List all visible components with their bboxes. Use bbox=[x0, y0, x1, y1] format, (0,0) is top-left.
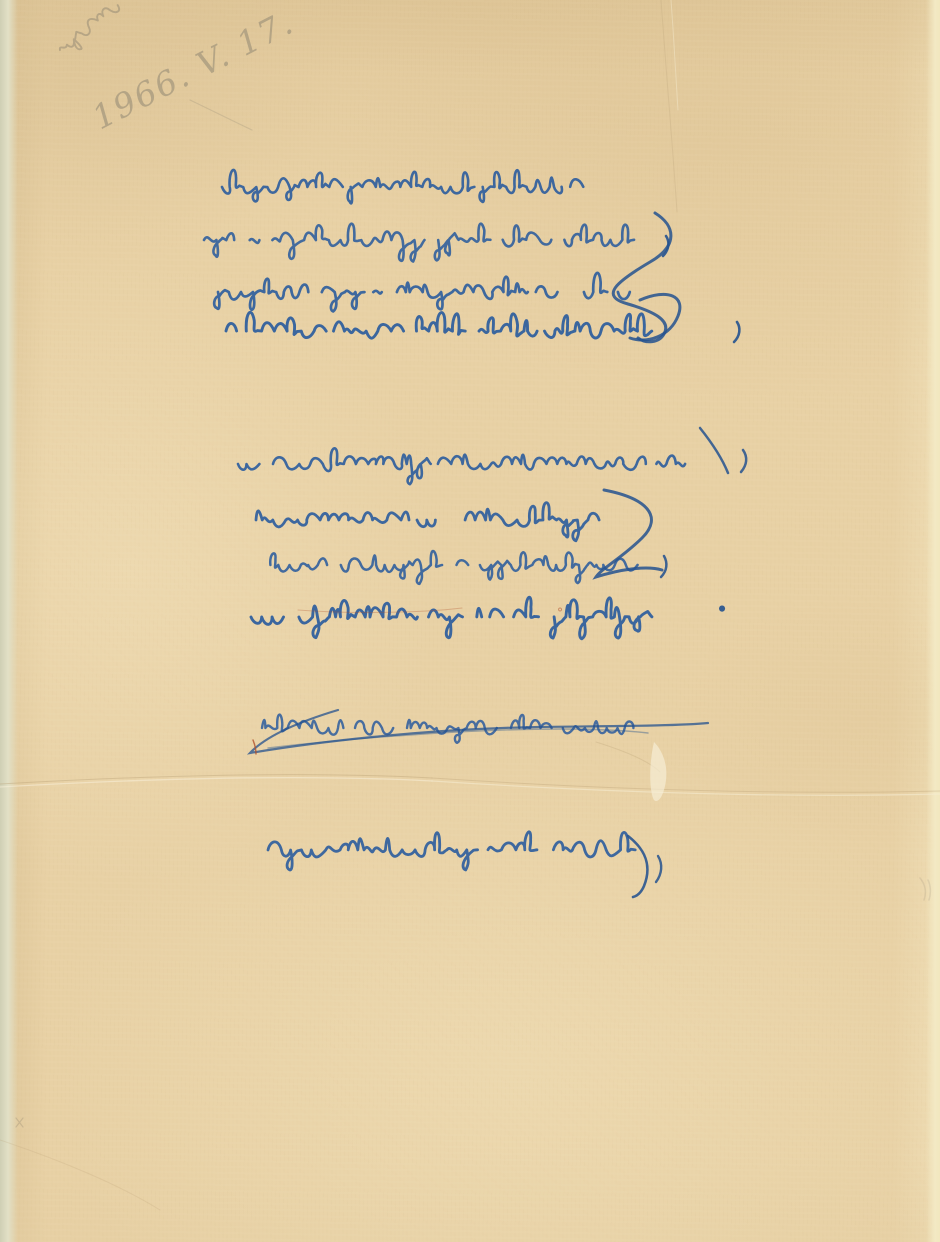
ink-mark-slash-s2l1 bbox=[700, 428, 728, 473]
paper-speck-group bbox=[16, 608, 930, 1127]
handwriting-stanza1-line1 bbox=[222, 170, 583, 203]
ink-mark-comma-s1l4 bbox=[734, 322, 739, 342]
handwriting-stanza2-line1 bbox=[238, 448, 685, 484]
crease-fold-right-light bbox=[432, 781, 940, 795]
crease-fold-left-light bbox=[0, 778, 432, 787]
speck-red-dot bbox=[559, 608, 562, 611]
ink-flourish-group bbox=[250, 213, 746, 897]
crease-crease-bottom-left bbox=[0, 1140, 160, 1210]
crease-crease-vertical-top bbox=[661, 0, 677, 212]
ink-mark-swoosh-final bbox=[628, 836, 647, 897]
ink-mark-period-s2l4 bbox=[719, 606, 724, 611]
handwriting-stanza2-line4 bbox=[251, 597, 652, 639]
ink-mark-comma-s2l3 bbox=[661, 556, 666, 577]
handwriting-stanza1-line3 bbox=[214, 273, 630, 312]
speck-pencil-x-mark bbox=[16, 1118, 23, 1127]
crease-crease-vertical-top-light bbox=[671, 0, 678, 110]
handwriting-group bbox=[56, 0, 685, 870]
handwriting-stanza1-line4 bbox=[226, 312, 652, 338]
handwriting-stanza1-line2 bbox=[204, 224, 634, 262]
manuscript-page: 1966. V. 17. bbox=[0, 0, 940, 1242]
crease-pencil-diag-under-date bbox=[190, 100, 252, 130]
crease-fold-left-shadow bbox=[0, 775, 432, 784]
handwriting-stanza2-line2 bbox=[256, 503, 599, 541]
ink-mark-flourish-s2l2 bbox=[596, 490, 662, 577]
ink-mark-comma-final bbox=[656, 856, 661, 882]
crease-crease-diag-to-blotch bbox=[596, 742, 660, 772]
crease-group bbox=[0, 0, 940, 1210]
pencil-inscription-group: 1966. V. 17. bbox=[86, 2, 300, 137]
speck-pencil-edge-mark bbox=[920, 878, 930, 900]
pencil-date-text: 1966. V. 17. bbox=[86, 2, 300, 137]
handwriting-final-line bbox=[268, 832, 635, 870]
handwriting-pencil-word bbox=[56, 0, 125, 59]
manuscript-scan-layer: 1966. V. 17. bbox=[0, 0, 940, 1242]
handwriting-stanza2-line3 bbox=[270, 551, 637, 584]
ink-mark-comma-s2l1 bbox=[741, 450, 746, 472]
